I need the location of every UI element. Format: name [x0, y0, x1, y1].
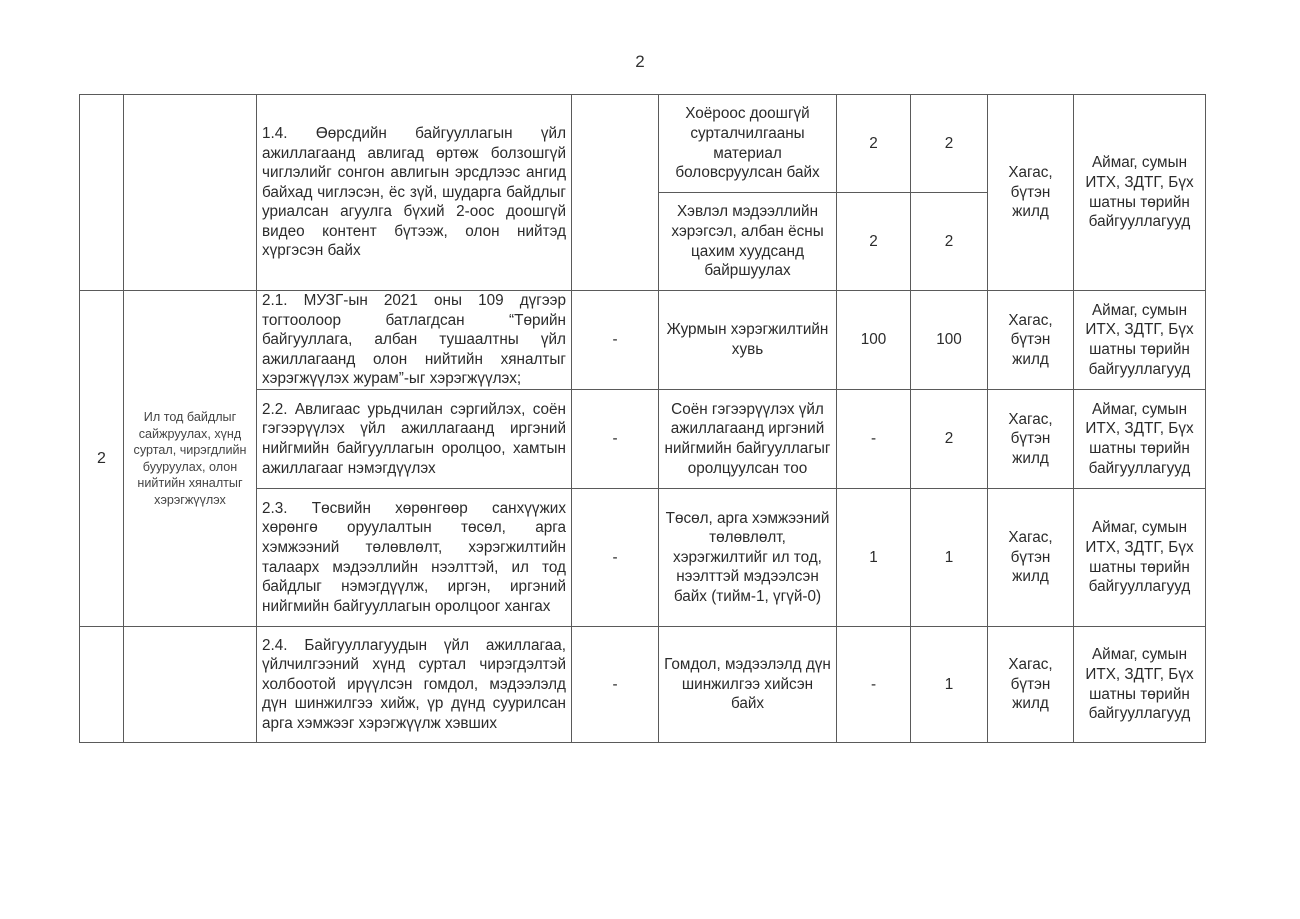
timeframe-cell: Хагас, бүтэн жилд: [988, 95, 1074, 291]
indicator-cell: Соён гэгээрүүлэх үйл ажиллагаанд иргэний…: [659, 390, 837, 489]
responsible-cell: Аймаг, сумын ИТХ, ЗДТГ, Бүх шатны төрийн…: [1074, 489, 1206, 627]
table-row: 2.4. Байгууллагуудын үйл ажиллагаа, үйлч…: [80, 627, 1206, 743]
responsible-cell: Аймаг, сумын ИТХ, ЗДТГ, Бүх шатны төрийн…: [1074, 627, 1206, 743]
value-a-cell: 2: [837, 95, 911, 193]
action-cell: 2.4. Байгууллагуудын үйл ажиллагаа, үйлч…: [257, 627, 572, 743]
action-cell: 2.1. МУЗГ-ын 2021 оны 109 дүгээр тогтоол…: [257, 291, 572, 390]
value-b-cell: 100: [911, 291, 988, 390]
responsible-cell: Аймаг, сумын ИТХ, ЗДТГ, Бүх шатны төрийн…: [1074, 291, 1206, 390]
table-row: 2 Ил тод байдлыг сайжруулах, хүнд суртал…: [80, 291, 1206, 390]
timeframe-cell: Хагас, бүтэн жилд: [988, 291, 1074, 390]
action-cell: 2.3. Төсвийн хөрөнгөөр санхүүжих хөрөнгө…: [257, 489, 572, 627]
indicator-cell: Гомдол, мэдээлэлд дүн шинжилгээ хийсэн б…: [659, 627, 837, 743]
value-a-cell: -: [837, 627, 911, 743]
value-a-cell: 1: [837, 489, 911, 627]
timeframe-cell: Хагас, бүтэн жилд: [988, 489, 1074, 627]
page-number: 2: [0, 52, 1280, 72]
baseline-cell: -: [572, 291, 659, 390]
action-cell: 1.4. Өөрсдийн байгууллагын үйл ажиллагаа…: [257, 95, 572, 291]
section-goal-cell: [124, 95, 257, 291]
indicator-cell: Төсөл, арга хэмжээний төлөвлөлт, хэрэгжи…: [659, 489, 837, 627]
value-a-cell: -: [837, 390, 911, 489]
responsible-cell: Аймаг, сумын ИТХ, ЗДТГ, Бүх шатны төрийн…: [1074, 390, 1206, 489]
section-goal-cell: [124, 627, 257, 743]
section-goal-cell: Ил тод байдлыг сайжруулах, хүнд суртал, …: [124, 291, 257, 627]
section-number-cell: 2: [80, 291, 124, 627]
section-number-cell: [80, 627, 124, 743]
value-b-cell: 1: [911, 489, 988, 627]
baseline-cell: -: [572, 489, 659, 627]
action-plan-table: 1.4. Өөрсдийн байгууллагын үйл ажиллагаа…: [79, 94, 1206, 743]
timeframe-cell: Хагас, бүтэн жилд: [988, 390, 1074, 489]
baseline-cell: [572, 95, 659, 291]
table-row: 1.4. Өөрсдийн байгууллагын үйл ажиллагаа…: [80, 95, 1206, 193]
section-number-cell: [80, 95, 124, 291]
baseline-cell: -: [572, 627, 659, 743]
baseline-cell: -: [572, 390, 659, 489]
value-b-cell: 1: [911, 627, 988, 743]
responsible-cell: Аймаг, сумын ИТХ, ЗДТГ, Бүх шатны төрийн…: [1074, 95, 1206, 291]
value-b-cell: 2: [911, 95, 988, 193]
timeframe-cell: Хагас, бүтэн жилд: [988, 627, 1074, 743]
action-cell: 2.2. Авлигаас урьдчилан сэргийлэх, соён …: [257, 390, 572, 489]
value-a-cell: 100: [837, 291, 911, 390]
value-a-cell: 2: [837, 193, 911, 291]
indicator-cell: Журмын хэрэгжилтийн хувь: [659, 291, 837, 390]
value-b-cell: 2: [911, 390, 988, 489]
indicator-cell: Хоёроос доошгүй сурталчилгааны материал …: [659, 95, 837, 193]
indicator-cell: Хэвлэл мэдээллийн хэрэгсэл, албан ёсны ц…: [659, 193, 837, 291]
value-b-cell: 2: [911, 193, 988, 291]
